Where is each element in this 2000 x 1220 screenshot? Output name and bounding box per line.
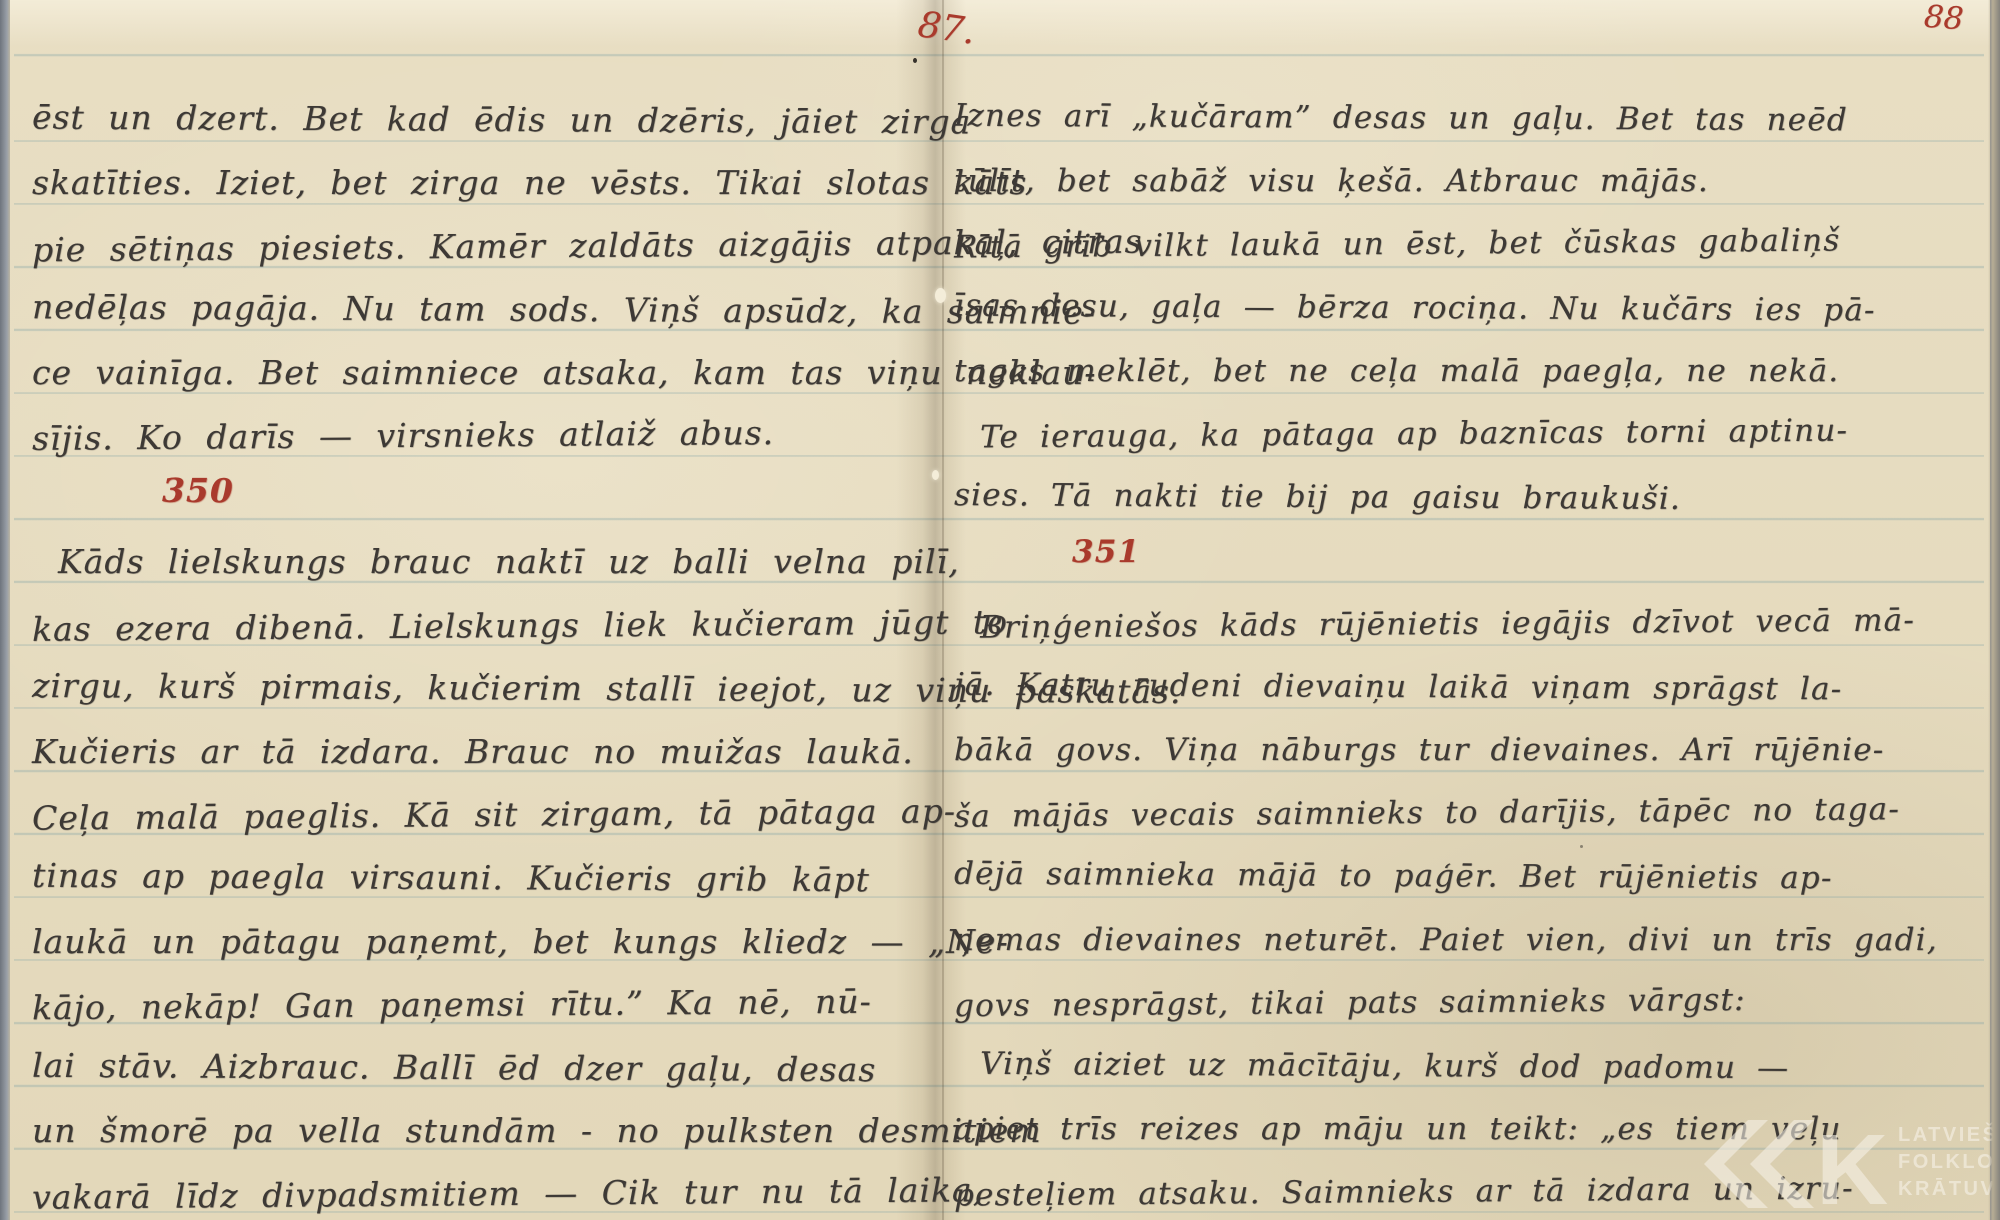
scanner-edge-right (1988, 0, 2000, 1220)
manuscript-line: bākā govs. Viņa nāburgs tur dievaines. A… (954, 732, 1884, 768)
manuscript-line: sies. Tā nakti tie bij pa gaisu braukuši… (954, 477, 1681, 517)
manuscript-line: Te ierauga, ka pātaga ap baznīcas torni … (980, 413, 1848, 456)
manuscript-line: govs nesprāgst, tikai pats saimnieks vār… (954, 982, 1746, 1024)
manuscript-line: ņemas dievaines neturēt. Paiet vien, div… (954, 922, 1938, 958)
manuscript-line: Viņš aiziet uz mācītāju, kurš dod padomu… (980, 1046, 1789, 1086)
manuscript-line: tūlīt, bet sabāž visu ķešā. Atbrauc mājā… (954, 163, 1709, 199)
manuscript-line: Iznes arī „kučāram” desas un gaļu. Bet t… (954, 98, 1848, 139)
manuscript-line: īsas desu, gaļa — bērza rociņa. Nu kučār… (954, 287, 1876, 328)
manuscript-line: Rītā grib vilkt laukā un ēst, bet čūskas… (954, 223, 1841, 266)
scanner-edge-left (0, 0, 10, 1220)
manuscript-line: jā. Katru rudeni dievaiņu laikā viņam sp… (954, 666, 1843, 707)
manuscript-line: ša mājās vecais saimnieks to darījis, tā… (954, 791, 1900, 834)
notebook-spread: 87. 88 ēst un dzert. Bet kad ēdis un dzē… (10, 0, 1990, 1220)
manuscript-scan: 87. 88 ēst un dzert. Bet kad ēdis un dzē… (0, 0, 2000, 1220)
manuscript-line: apiet trīs reizes ap māju un teikt: „es … (954, 1111, 1842, 1147)
section-number: 351 (1072, 534, 1140, 570)
manuscript-line: tagas meklēt, bet ne ceļa malā paegļa, n… (954, 353, 1839, 389)
manuscript-line: Briņģeniešos kāds rūjēnietis iegājis dzī… (980, 602, 1915, 645)
manuscript-line: pesteļiem atsaku. Saimnieks ar tā izdara… (954, 1171, 1854, 1214)
right-page: Iznes arī „kučāram” desas un gaļu. Bet t… (10, 0, 1990, 1220)
manuscript-line: dējā saimnieka mājā to paģēr. Bet rūjēni… (954, 856, 1833, 897)
